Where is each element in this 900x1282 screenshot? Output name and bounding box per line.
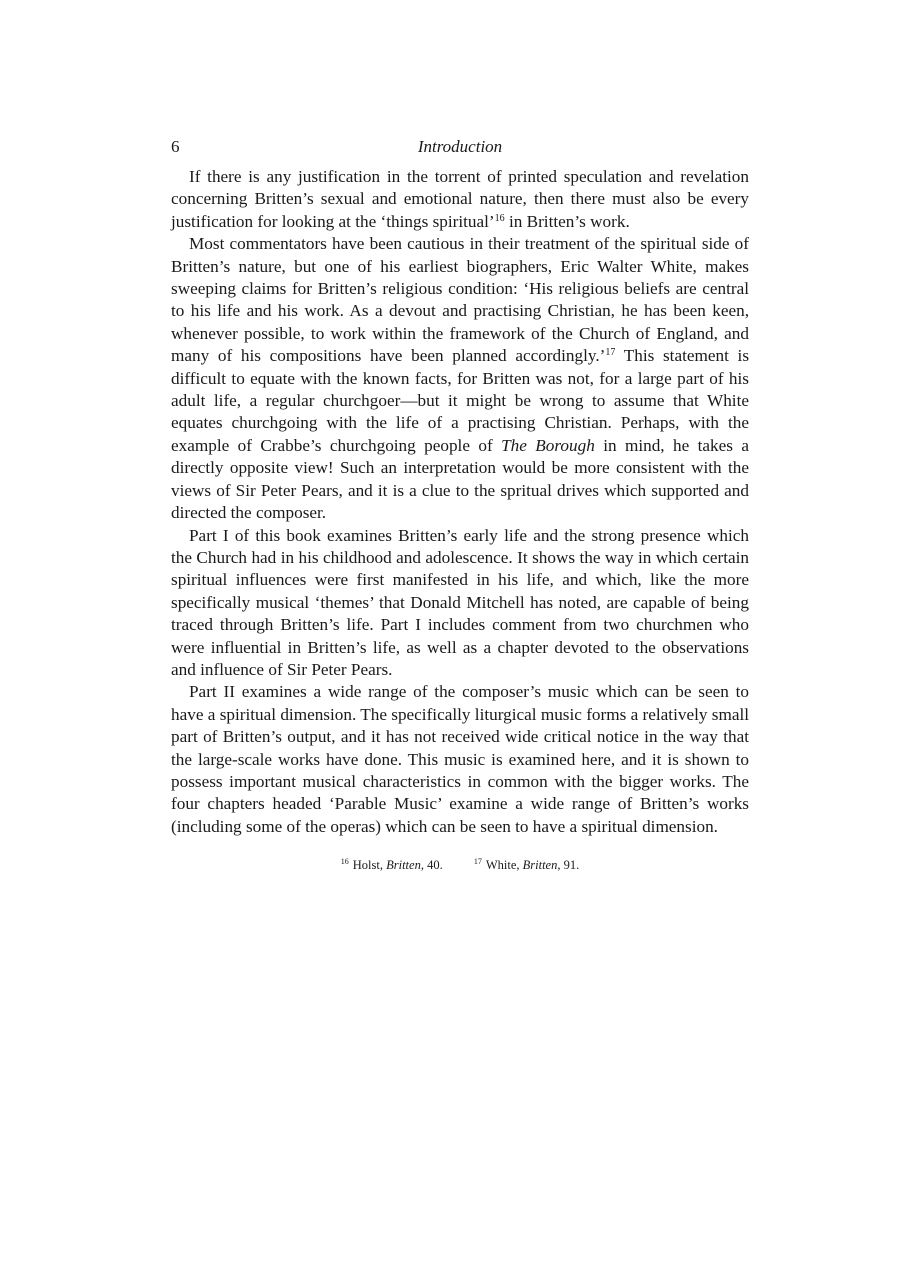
footnote-title: Britten	[523, 858, 558, 872]
footnote-number: 16	[341, 857, 349, 866]
italic-title: The Borough	[501, 436, 595, 455]
paragraph: Part I of this book examines Britten’s e…	[171, 525, 749, 682]
footnote: 16Holst, Britten, 40.	[341, 858, 443, 873]
paragraph: Most commentators have been cautious in …	[171, 233, 749, 524]
running-head: 6 Introduction	[171, 135, 749, 159]
footnote-page: , 91.	[557, 858, 579, 872]
footnote-author: White,	[486, 858, 523, 872]
paragraph: If there is any justification in the tor…	[171, 166, 749, 233]
footnotes: 16Holst, Britten, 40. 17White, Britten, …	[171, 858, 749, 873]
footnote-reference: 17	[605, 347, 615, 358]
footnote-number: 17	[474, 857, 482, 866]
paragraph: Part II examines a wide range of the com…	[171, 681, 749, 838]
footnote-reference: 16	[495, 213, 505, 224]
body-text: If there is any justification in the tor…	[171, 166, 749, 838]
book-page: 6 Introduction If there is any justifica…	[171, 135, 749, 873]
footnote: 17White, Britten, 91.	[474, 858, 579, 873]
footnote-author: Holst,	[353, 858, 386, 872]
footnote-page: , 40.	[421, 858, 443, 872]
footnote-title: Britten	[386, 858, 421, 872]
running-head-title: Introduction	[171, 135, 749, 159]
